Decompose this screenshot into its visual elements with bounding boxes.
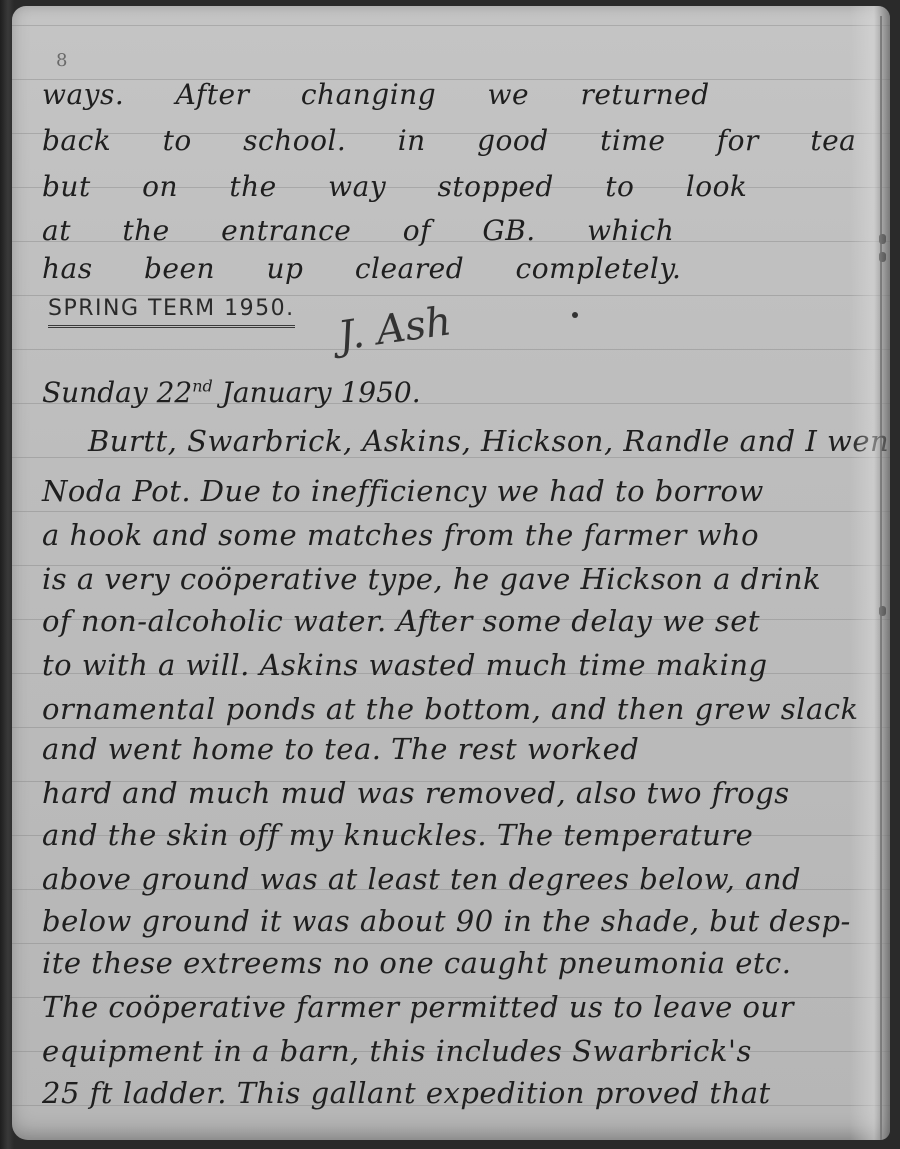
page-edge-line (880, 16, 882, 1140)
entry-line: above ground was at least ten degrees be… (42, 862, 801, 896)
binding-mark (879, 606, 886, 616)
entry-date-rest: January 1950. (213, 376, 421, 409)
entry-line: of non-alcoholic water. After some delay… (42, 604, 760, 638)
continuation-line: ways. After changing we returned (42, 78, 710, 111)
binding-mark (879, 252, 886, 262)
entry-line: to with a will. Askins wasted much time … (42, 648, 768, 682)
page-number: 8 (56, 50, 67, 71)
continuation-line: back to school. in good time for tea (42, 124, 856, 157)
continuation-line: but on the way stopped to look (42, 170, 747, 203)
entry-line: hard and much mud was removed, also two … (42, 776, 790, 810)
entry-line: ornamental ponds at the bottom, and then… (42, 692, 859, 726)
entry-date: Sunday 22nd January 1950. (42, 376, 421, 409)
entry-line: ite these extreems no one caught pneumon… (42, 946, 792, 980)
entry-line: Burtt, Swarbrick, Askins, Hickson, Randl… (88, 424, 890, 458)
ink-dot (572, 312, 578, 318)
entry-line: and the skin off my knuckles. The temper… (42, 818, 753, 852)
entry-line: Noda Pot. Due to inefficiency we had to … (42, 474, 764, 508)
entry-date-suffix: nd (192, 377, 213, 396)
entry-line: a hook and some matches from the farmer … (42, 518, 759, 552)
entry-line: below ground it was about 90 in the shad… (42, 904, 851, 938)
entry-line: and went home to tea. The rest worked (42, 732, 639, 766)
continuation-line: at the entrance of GB. which (42, 214, 674, 247)
entry-line: is a very coöperative type, he gave Hick… (42, 562, 821, 596)
binding-mark (879, 234, 886, 244)
scanned-notebook-scene: 8 ways. After changing we returned back … (0, 0, 900, 1149)
entry-date-prefix: Sunday 22 (42, 376, 192, 409)
entry-line: The coöperative farmer permitted us to l… (42, 990, 794, 1024)
notebook-page: 8 ways. After changing we returned back … (12, 6, 890, 1140)
section-heading: SPRING TERM 1950. (48, 296, 295, 328)
continuation-line: has been up cleared completely. (42, 252, 681, 285)
entry-line: equipment in a barn, this includes Swarb… (42, 1034, 752, 1068)
entry-line: 25 ft ladder. This gallant expedition pr… (42, 1076, 771, 1110)
